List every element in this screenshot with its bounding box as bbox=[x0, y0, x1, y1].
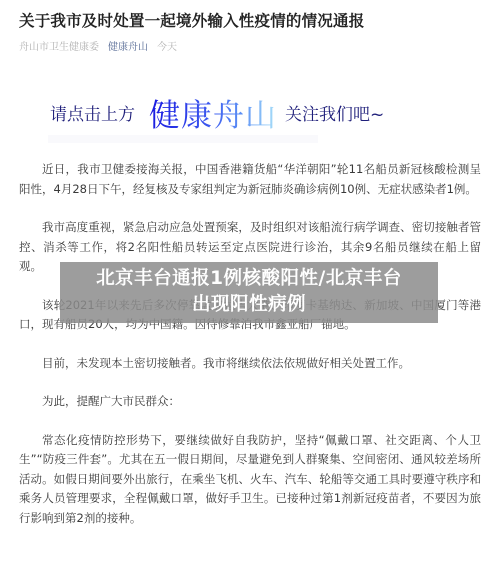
article-meta: 舟山市卫生健康委 健康舟山 今天 bbox=[19, 41, 177, 55]
article-body: 近日，我市卫健委接海关报，中国香港籍货船“华洋朝阳”轮11名船员新冠核酸检测呈阳… bbox=[19, 160, 481, 547]
follow-banner-prefix: 请点击上方 bbox=[50, 100, 135, 125]
account-link[interactable]: 健康舟山 bbox=[108, 41, 148, 55]
paragraph: 目前，未发现本土密切接触者。我市将继续依法依规做好相关处置工作。 bbox=[19, 354, 481, 374]
overlay-line-1: 北京丰台通报1例核酸阳性/北京丰台 bbox=[60, 266, 438, 292]
follow-banner-brand: 健康舟山 bbox=[149, 90, 277, 135]
headline-overlay: 北京丰台通报1例核酸阳性/北京丰台 出现阳性病例 bbox=[60, 262, 438, 323]
follow-banner-suffix: 关注我们吧~ bbox=[285, 100, 384, 125]
overlay-line-2: 出现阳性病例 bbox=[60, 292, 438, 318]
banner-shadow bbox=[48, 135, 318, 143]
paragraph: 近日，我市卫健委接海关报，中国香港籍货船“华洋朝阳”轮11名船员新冠核酸检测呈阳… bbox=[19, 160, 481, 199]
author-name: 舟山市卫生健康委 bbox=[19, 41, 99, 55]
article-title: 关于我市及时处置一起境外输入性疫情的情况通报 bbox=[19, 10, 489, 32]
paragraph: 为此，提醒广大市民群众： bbox=[19, 392, 481, 412]
follow-banner-image: 请点击上方 健康舟山 关注我们吧~ bbox=[50, 92, 450, 132]
publish-date: 今天 bbox=[157, 41, 177, 55]
paragraph: 常态化疫情防控形势下，要继续做好自我防护，坚持“佩戴口罩、社交距离、个人卫生”“… bbox=[19, 431, 481, 529]
